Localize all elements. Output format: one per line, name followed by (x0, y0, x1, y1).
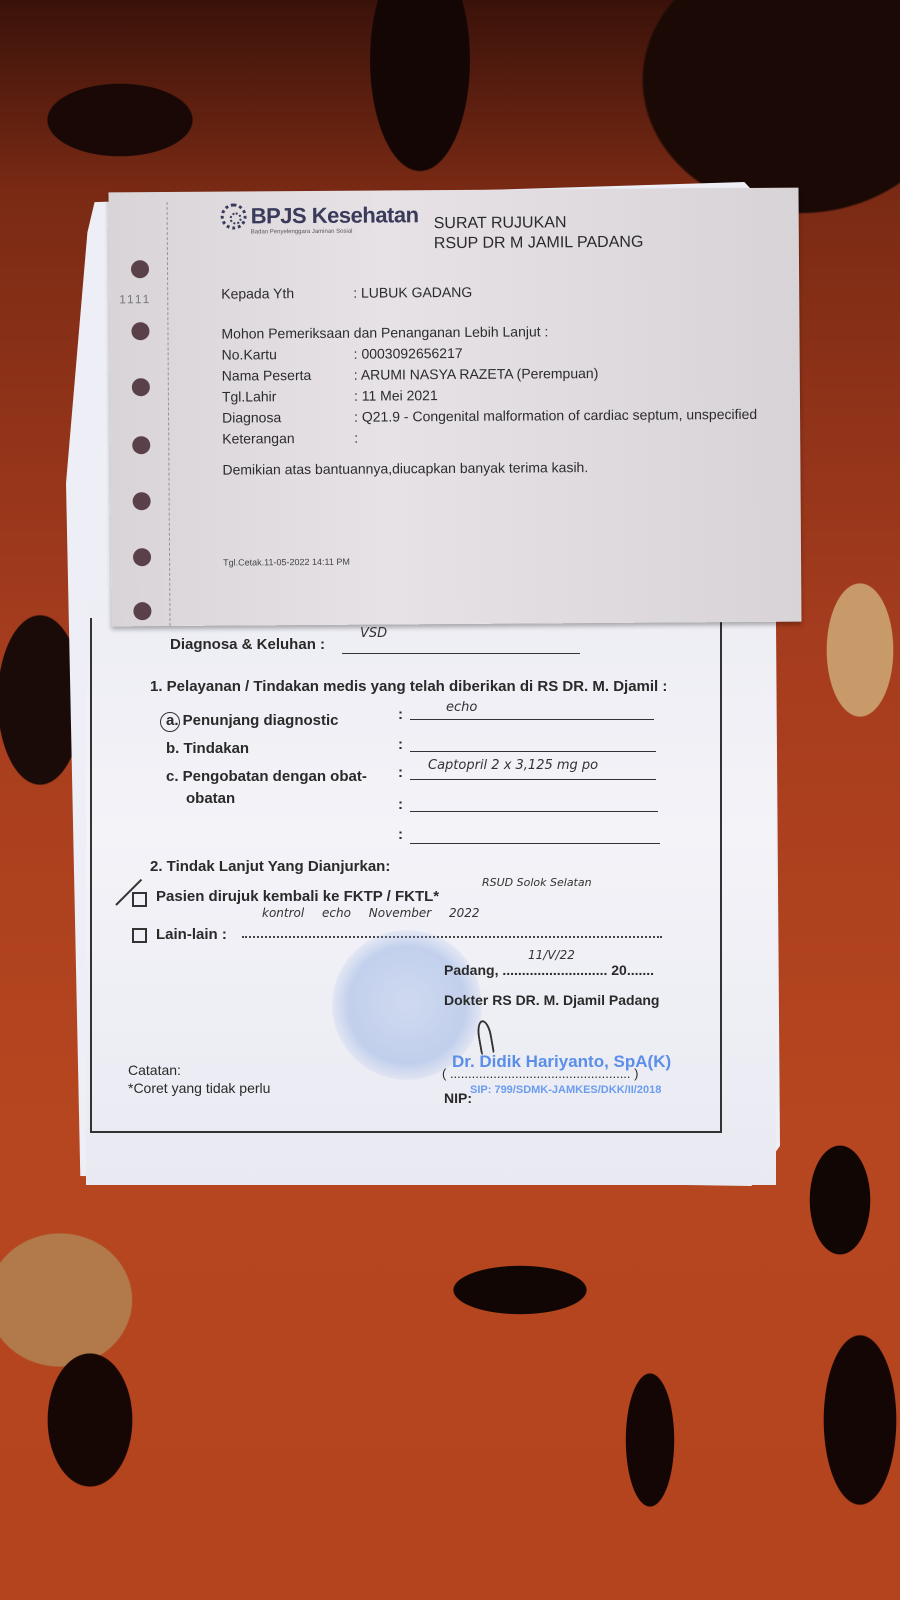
tractor-hole (132, 378, 150, 396)
bpjs-logo: BPJS Kesehatan Badan Penyelenggara Jamin… (221, 202, 419, 229)
title-line-1: SURAT RUJUKAN (434, 213, 644, 234)
item-b-label: b. Tindakan (166, 740, 249, 757)
colon: : (398, 706, 403, 723)
option-other-checkbox[interactable] (132, 928, 147, 943)
title-line-2: RSUP DR M JAMIL PADANG (434, 233, 644, 254)
colon: : (398, 736, 403, 753)
tractor-hole (132, 436, 150, 454)
field-kepada: Kepada Yth: LUBUK GADANG (221, 284, 472, 302)
tractor-hole (131, 260, 149, 278)
bpjs-emblem-icon (221, 203, 247, 229)
field-patient-name: Nama Peserta: ARUMI NASYA RAZETA (Peremp… (222, 365, 599, 384)
logo-brand: BPJS Kesehatan (251, 202, 419, 229)
section-2-title: 2. Tindak Lanjut Yang Dianjurkan: (150, 858, 390, 875)
perforation-line (167, 202, 171, 626)
field-request: Mohon Pemeriksaan dan Penanganan Lebih L… (221, 323, 548, 341)
bpjs-referral-slip: 1111 BPJS Kesehatan Badan Penyelenggara … (108, 188, 801, 627)
diagnosa-handwritten: VSD (360, 626, 387, 641)
notes-label: Catatan: (128, 1062, 181, 1078)
tractor-hole (131, 322, 149, 340)
doctor-title: Dokter RS DR. M. Djamil Padang (444, 992, 659, 1008)
tractor-hole (133, 548, 151, 566)
item-a-handwritten: echo (446, 700, 477, 715)
field-notes: Keterangan: (222, 430, 358, 447)
item-c-handwritten: Captopril 2 x 3,125 mg po (428, 758, 598, 773)
tractor-hole (133, 492, 151, 510)
date-handwritten: 11/V/22 (528, 948, 575, 962)
item-e-line (410, 826, 660, 844)
slip-title: SURAT RUJUKAN RSUP DR M JAMIL PADANG (434, 213, 644, 254)
nip-value: SIP: 799/SDMK-JAMKES/DKK/II/2018 (470, 1084, 661, 1096)
diagnosa-label: Diagnosa & Keluhan : (170, 636, 325, 653)
counter-marks: 1111 (119, 292, 151, 306)
option-other-label: Lain-lain : (156, 926, 227, 943)
colon: : (398, 764, 403, 781)
field-birth-date: Tgl.Lahir: 11 Mei 2021 (222, 387, 438, 405)
colon: : (398, 826, 403, 843)
signature-bracket: ( ......................................… (442, 1066, 638, 1081)
option-refer-back-label: Pasien dirujuk kembali ke FKTP / FKTL* (156, 888, 439, 905)
place-date-label: Padang, ........................... 20..… (444, 962, 654, 978)
item-b-line (410, 734, 656, 752)
section-1-title: 1. Pelayanan / Tindakan medis yang telah… (150, 678, 667, 695)
nip-label: NIP: (444, 1090, 472, 1106)
item-d-line (410, 794, 658, 812)
colon: : (398, 796, 403, 813)
item-a-label: a. Penunjang diagnostic (166, 712, 339, 729)
closing-text: Demikian atas bantuannya,diucapkan banya… (222, 459, 588, 478)
field-card-number: No.Kartu: 0003092656217 (222, 345, 463, 363)
option-refer-back-note: RSUD Solok Selatan (482, 876, 592, 889)
option-other-note: kontrol echo November 2022 (262, 906, 480, 920)
print-date: Tgl.Cetak.11-05-2022 14:11 PM (223, 557, 350, 568)
item-c-label-cont: obatan (186, 790, 235, 807)
item-c-label: c. Pengobatan dengan obat- (166, 768, 367, 785)
option-other-line (242, 926, 662, 938)
logo-tagline: Badan Penyelenggara Jaminan Sosial (251, 229, 353, 236)
tractor-hole (133, 602, 151, 620)
option-refer-back-checkbox[interactable] (132, 892, 147, 907)
notes-value: *Coret yang tidak perlu (128, 1080, 270, 1096)
field-diagnosis: Diagnosa: Q21.9 - Congenital malformatio… (222, 406, 757, 426)
